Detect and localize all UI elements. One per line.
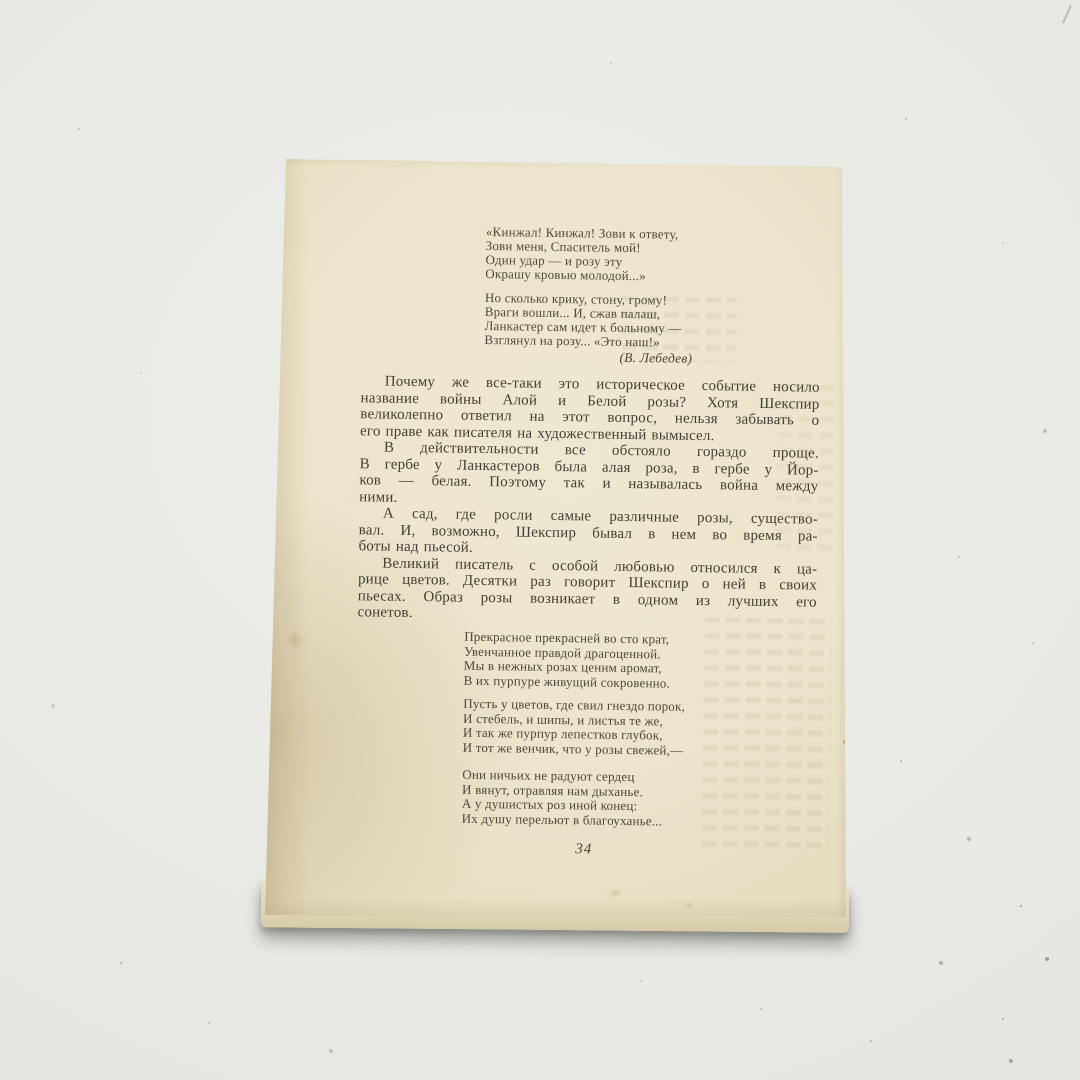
surface-scratch	[1062, 4, 1072, 23]
prose-paragraph: Великий писатель с особой любовью относи…	[357, 555, 817, 627]
sonnet-line: Их душу перельют в благоуханье...	[462, 811, 742, 829]
prose-paragraph: Почему же все-таки это историческое собы…	[360, 373, 820, 445]
sonnet-stanza: Они ничьих не радуют сердецИ вянут, отра…	[462, 768, 743, 830]
poem-stanza: «Кинжал! Кинжал! Зови к ответу,Зови меня…	[485, 225, 708, 284]
prose-paragraph: В действительности все обстояло гораздо …	[359, 439, 819, 511]
sonnet-line: И тот же венчик, что у розы свежей,—	[463, 740, 743, 758]
sonnet-line: В их пурпуре живущий сокровенно.	[464, 673, 744, 691]
book-page: «Кинжал! Кинжал! Зови к ответу,Зови меня…	[258, 152, 852, 924]
dust-specks	[0, 0, 2, 2]
sonnet-poem: Прекрасное прекрасней во сто крат,Увенча…	[462, 630, 745, 830]
sonnet-stanza: Пусть у цветов, где свил гнездо порок,И …	[463, 697, 744, 759]
prose-paragraph: А сад, где росли самые различные розы, с…	[358, 505, 818, 561]
poem-line: Окрашу кровью молодой...»	[485, 267, 707, 284]
prose-text: Почему же все-таки это историческое собы…	[357, 373, 819, 627]
poem-attribution: (В. Лебедев)	[484, 348, 706, 366]
sonnet-stanza: Прекрасное прекрасней во сто крат,Увенча…	[464, 630, 745, 692]
poem-stanza: Но сколько крику, стону, грому!Враги вош…	[484, 291, 707, 350]
quoted-poem: «Кинжал! Кинжал! Зови к ответу,Зови меня…	[484, 225, 708, 366]
photo-background: «Кинжал! Кинжал! Зови к ответу,Зови меня…	[0, 0, 1080, 1080]
page-text-layer: «Кинжал! Кинжал! Зови к ответу,Зови меня…	[248, 149, 853, 929]
